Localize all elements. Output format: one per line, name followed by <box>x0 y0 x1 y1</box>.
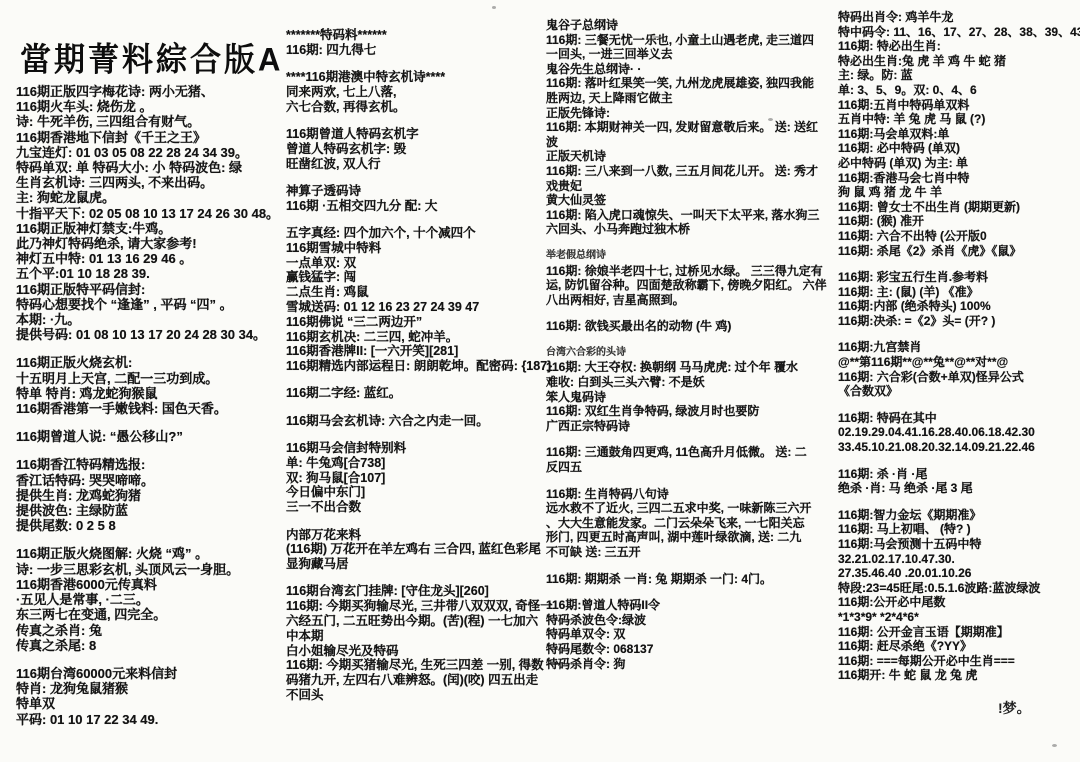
line-gap <box>16 533 278 546</box>
handwritten-mark: !梦。 <box>998 698 1031 718</box>
text-line: 116期: 期期杀 一肖: 兔 期期杀 一门: 4门。 <box>546 572 838 587</box>
text-line: 116期: 六合彩(合数+单双)怪异公式 <box>838 370 1076 385</box>
line-gap <box>546 586 838 598</box>
text-line: 116期: 双红生肖争特码, 绿波月时也要防 <box>546 404 838 419</box>
text-line: 东三两七在变通, 四完全。 <box>16 607 278 622</box>
text-line: 狗 鼠 鸡 猪 龙 牛 羊 <box>838 185 1076 200</box>
line-gap <box>286 114 542 127</box>
text-line: 胜两边, 天上降雨它做主 <box>546 91 838 106</box>
text-line: 特段:23=45旺尾:0.5.1.6波路:蓝波绿波 <box>838 581 1076 596</box>
text-line: 反四五 <box>546 460 838 475</box>
text-line: 116期: 徐娘半老四十七, 过桥见水绿。 三三得九定有 <box>546 264 838 279</box>
line-gap <box>546 475 838 487</box>
text-line: 六回头、小马奔跑过独木桥 <box>546 222 838 237</box>
text-line: 116期火车头: 烧伤龙 。 <box>16 99 278 114</box>
text-line: 笨人鬼码诗 <box>546 390 838 405</box>
text-line: 116期: 三通鼓角四更鸡, 11色高升月低微。 送: 二 <box>546 445 838 460</box>
text-line: 特码单双令: 双 <box>546 627 838 642</box>
text-line: 116期: 必中特码 (单双) <box>838 141 1076 156</box>
text-line: 116期:内部 (绝杀特头) 100% <box>838 299 1076 314</box>
scan-noise <box>652 36 662 38</box>
text-line: 鬼谷先生总纲诗· · <box>546 62 838 77</box>
line-gap <box>546 307 838 319</box>
line-gap <box>286 515 542 528</box>
text-line: 十五明月上天宫, 二配一三功到成。 <box>16 371 278 386</box>
text-line: 一回头, 一进三回举义去 <box>546 47 838 62</box>
text-line: 生肖玄机诗: 三四两头, 不来出码。 <box>16 175 278 190</box>
text-line: 116期玄机决: 二三四, 蛇冲羊。 <box>286 330 542 345</box>
column-3: 鬼谷子总纲诗116期: 三餐无忧一乐也, 小童上山遇老虎, 走三道四一回头, 一… <box>546 18 838 671</box>
text-line: 特码杀波色令:绿波 <box>546 613 838 628</box>
text-line: *1*3*9* *2*4*6* <box>838 610 1076 625</box>
text-line: 116期: 赶尽杀绝《?YY》 <box>838 639 1076 654</box>
text-line: 116期: 本期财神关一四, 发财留意敬后来。 送: 送红 <box>546 120 838 135</box>
text-line: 提供波色: 主绿防蓝 <box>16 503 278 518</box>
text-line: 116期正版火烧图解: 火烧 “鸡” 。 <box>16 546 278 561</box>
text-line: 中本期 <box>286 629 542 644</box>
text-line: 116期: 特必出生肖: <box>838 39 1076 54</box>
text-line: 116期正版特平码信封: <box>16 282 278 297</box>
text-line: 116期香港牌II: [一六开笑][281] <box>286 344 542 359</box>
text-line: 特码心想要找个 “逢逢” , 平码 “四” 。 <box>16 297 278 312</box>
text-line: 平码: 01 10 17 22 34 49. <box>16 712 278 727</box>
text-line: @**第116期**@**兔**@**对**@ <box>838 355 1076 370</box>
text-line: 六经五门, 二五旺势出今期。(苦)(程) 一七加六 <box>286 614 542 629</box>
text-line: 提供生肖: 龙鸡蛇狗猪 <box>16 488 278 503</box>
text-line: 一点单双: 双 <box>286 256 542 271</box>
line-gap <box>16 342 278 355</box>
text-line: 特码杀肖令: 狗 <box>546 657 838 672</box>
text-line: 116期开: 牛 蛇 鼠 龙 兔 虎 <box>838 668 1076 683</box>
text-line: 神灯五中特: 01 13 16 29 46 。 <box>16 251 278 266</box>
text-line: 116期香港6000元传真料 <box>16 577 278 592</box>
scan-noise <box>1052 744 1057 747</box>
text-line: (116期) 万花开在羊左鸡右 三合四, 蓝红色彩尾 <box>286 542 542 557</box>
text-line: 116期马会玄机诗: 六合之内走一回。 <box>286 414 542 429</box>
text-line: 内部万花来料 <box>286 528 542 543</box>
text-line: 白小姐输尽光及特码 <box>286 644 542 659</box>
text-line: 116期 ·五相交四九分 配: 大 <box>286 199 542 214</box>
text-line: 116期正版四字梅花诗: 两小无猪、 <box>16 84 278 99</box>
text-line: ****116期港澳中特玄机诗**** <box>286 70 542 85</box>
text-line: 116期: ===每期公开必中生肖=== <box>838 654 1076 669</box>
text-line: 116期: 今期买狗输尽光, 三井带八双双双, 奇怪一 <box>286 599 542 614</box>
text-line: 同来两欢, 七上八落, <box>286 85 542 100</box>
line-gap <box>546 433 838 445</box>
text-line: 不回头 <box>286 688 542 703</box>
text-line: 116期正版火烧玄机: <box>16 355 278 370</box>
scan-noise <box>492 6 496 9</box>
column-2: *******特码料******116期: 四九得七****116期港澳中特玄机… <box>286 28 542 703</box>
text-line: 提供尾数: 0 2 5 8 <box>16 518 278 533</box>
scan-noise <box>648 448 654 450</box>
text-line: 特码单双: 单 特码大小: 小 特码波色: 绿 <box>16 160 278 175</box>
line-gap <box>286 401 542 414</box>
text-line: 116期正版神灯禁支:牛鸡。 <box>16 221 278 236</box>
text-line: 116期: 三八来到一八数, 三五月间花儿开。 送: 秀才 <box>546 164 838 179</box>
text-line: 戏贵妃 <box>546 179 838 194</box>
text-line: 116期: 大王夺权: 换朝纲 马马虎虎: 过个年 覆水 <box>546 360 838 375</box>
text-line: 绝杀 ·肖: 马 绝杀 ·尾 3 尾 <box>838 481 1076 496</box>
text-line: 九宝连灯: 01 03 05 08 22 28 24 34 39。 <box>16 145 278 160</box>
text-line: 二点生肖: 鸡鼠 <box>286 285 542 300</box>
text-line: 波 <box>546 135 838 150</box>
text-line: 116期香江特码精选报: <box>16 457 278 472</box>
text-line: 116期:智力金坛《期期准》 <box>838 508 1076 523</box>
text-line: ·五见人是常事, ·二三。 <box>16 592 278 607</box>
text-line: 传真之杀尾: 8 <box>16 638 278 653</box>
text-line: 本期: ·九。 <box>16 312 278 327</box>
text-line: 特中码令: 11、16、17、27、28、38、39、43 <box>838 25 1076 40</box>
text-line: 今日偏中东门] <box>286 485 542 500</box>
text-line: 此乃神灯特码绝杀, 请大家参考! <box>16 236 278 251</box>
text-line: 码猪九开, 左四右八难辨怒。(闰)(咬) 四五出走 <box>286 673 542 688</box>
text-line: 特单双 <box>16 696 278 711</box>
text-line: 运, 防饥留谷种。四面楚敌称霸下, 傍晚夕阳红。 六伴 <box>546 278 838 293</box>
text-line: 116期曾道人说: “愚公移山?” <box>16 429 278 444</box>
line-gap <box>838 258 1076 270</box>
text-line: 正版天机诗 <box>546 149 838 164</box>
text-line: 116期:香港马会七肖中特 <box>838 171 1076 186</box>
line-gap <box>838 455 1076 467</box>
line-gap <box>286 171 542 184</box>
text-line: 特单 特肖: 鸡龙蛇狗猴鼠 <box>16 386 278 401</box>
text-line: 116期: 马上初唱、 (特? ) <box>838 522 1076 537</box>
text-line: 116期: 曾女士不出生肖 (期期更新) <box>838 200 1076 215</box>
text-line: 台湾六合彩的头诗 <box>546 346 838 361</box>
line-gap <box>16 416 278 429</box>
line-gap <box>838 399 1076 411</box>
scan-noise <box>700 38 706 40</box>
text-line: 116期: 三餐无忧一乐也, 小童上山遇老虎, 走三道四 <box>546 33 838 48</box>
line-gap <box>286 429 542 442</box>
text-line: 116期二字经: 蓝红。 <box>286 386 542 401</box>
text-line: 116期: 六合不出特 (公开版0 <box>838 229 1076 244</box>
text-line: 单: 牛兔鸡[合738] <box>286 456 542 471</box>
text-line: 116期: 落叶红果笑一笑, 九州龙虎展雄姿, 独四我能 <box>546 76 838 91</box>
text-line: 特肖: 龙狗兔鼠猪猴 <box>16 681 278 696</box>
scan-noise <box>768 118 773 121</box>
text-line: 116期马会信封特别料 <box>286 441 542 456</box>
text-line: 特码尾数令: 068137 <box>546 642 838 657</box>
text-line: 116期香港地下信封《千王之王》 <box>16 130 278 145</box>
text-line: 32.21.02.17.10.47.30. <box>838 552 1076 567</box>
text-line: 六七合数, 再得玄机。 <box>286 100 542 115</box>
text-line: 116期: 杀尾《2》杀肖《虎》《鼠》 <box>838 244 1076 259</box>
text-line: 《合数双》 <box>838 384 1076 399</box>
text-line: 116期:曾道人特码II令 <box>546 598 838 613</box>
text-line: 116期:决杀: =《2》头= (开? ) <box>838 314 1076 329</box>
text-line: 主: 绿。防: 蓝 <box>838 68 1076 83</box>
text-line: 116期: 今期买猪输尽光, 生死三四差 一别, 得数 一 <box>286 658 542 673</box>
text-line: 特码出肖令: 鸡羊牛龙 <box>838 10 1076 25</box>
text-line: 116期:九宫禁肖 <box>838 340 1076 355</box>
text-line: 116期台湾60000元来料信封 <box>16 666 278 681</box>
line-gap <box>286 58 542 71</box>
text-line: 116期: 陷入虎口魂惊失、一叫天下太平来, 落水狗三 <box>546 208 838 223</box>
line-gap <box>546 560 838 572</box>
text-line: 116期:公开必中尾数 <box>838 595 1076 610</box>
text-line: 赢钱猛字: 闯 <box>286 270 542 285</box>
line-gap <box>838 328 1076 340</box>
text-line: *******特码料****** <box>286 28 542 43</box>
text-line: 27.35.46.40 .20.01.10.26 <box>838 566 1076 581</box>
text-line: 116期: 公开金言玉语【期期准】 <box>838 625 1076 640</box>
line-gap <box>546 237 838 249</box>
text-line: 五个平:01 10 18 28 39. <box>16 266 278 281</box>
text-line: 五肖中特: 羊 兔 虎 马 鼠 (?) <box>838 112 1076 127</box>
text-line: 116期:五肖中特码单双料 <box>838 98 1076 113</box>
text-line: 诗: 一步三思彩玄机, 头顶风云一身胆。 <box>16 562 278 577</box>
text-line: 116期台湾玄门挂牌: [守住龙头][260] <box>286 584 542 599</box>
line-gap <box>16 444 278 457</box>
text-line: 双: 狗马鼠[合107] <box>286 471 542 486</box>
column-1: 116期正版四字梅花诗: 两小无猪、116期火车头: 烧伤龙 。诗: 牛死羊伤,… <box>16 84 278 727</box>
text-line: 十指平天下: 02 05 08 10 13 17 24 26 30 48。 <box>16 206 278 221</box>
line-gap <box>546 334 838 346</box>
text-line: 三一不出合数 <box>286 500 542 515</box>
text-line: 必中特码 (单双) 为主: 单 <box>838 156 1076 171</box>
text-line: 难收: 白到头三头六臂: 不是妖 <box>546 375 838 390</box>
line-gap <box>286 572 542 585</box>
text-line: 提供号码: 01 08 10 13 17 20 24 28 30 34。 <box>16 327 278 342</box>
text-line: 神算子透码诗 <box>286 184 542 199</box>
text-line: 116期: 四九得七 <box>286 43 542 58</box>
tip-sheet-page: 當期菁料綜合版A 116期正版四字梅花诗: 两小无猪、116期火车头: 烧伤龙 … <box>0 0 1080 762</box>
text-line: 主: 狗蛇龙鼠虎。 <box>16 190 278 205</box>
text-line: 116期佛说 “三二两边开” <box>286 315 542 330</box>
text-line: 116期: 特码在其中 <box>838 411 1076 426</box>
text-line: 显狗藏马居 <box>286 557 542 572</box>
text-line: 02.19.29.04.41.16.28.40.06.18.42.30 <box>838 425 1076 440</box>
page-title: 當期菁料綜合版A <box>20 33 283 80</box>
text-line: 香江话特码: 哭哭啼啼。 <box>16 473 278 488</box>
text-line: 33.45.10.21.08.20.32.14.09.21.22.46 <box>838 440 1076 455</box>
text-line: 116期:马会预测十五码中特 <box>838 537 1076 552</box>
text-line: 八出两相好, 吉星高照到。 <box>546 293 838 308</box>
text-line: 116期: (猴) 准开 <box>838 214 1076 229</box>
text-line: 、大大生意能发家。二门云朵朵飞来, 一七阳关忘 <box>546 516 838 531</box>
text-line: 116期: 主: (鼠) (羊) 《准》 <box>838 285 1076 300</box>
text-line: 远水救不了近火, 三四二五求中奖, 一味新陈三六开 <box>546 501 838 516</box>
text-line: 116期:马会单双料:单 <box>838 127 1076 142</box>
text-line: 116期: 彩宝五行生肖.参考料 <box>838 270 1076 285</box>
text-line: 正版先锋诗: <box>546 106 838 121</box>
text-line: 116期: 杀 ·肖 ·尾 <box>838 467 1076 482</box>
text-line: 116期: 欲钱买最出名的动物 (牛 鸡) <box>546 319 838 334</box>
text-line: 116期精选内部运程日: 朗朗乾坤。配密码: {187} <box>286 359 542 374</box>
text-line: 曾道人特码玄机字: 毁 <box>286 142 542 157</box>
text-line: 单: 3、5、9。双: 0、4、6 <box>838 83 1076 98</box>
text-line: 特必出生肖:兔 虎 羊 鸡 牛 蛇 猪 <box>838 54 1076 69</box>
column-4: 特码出肖令: 鸡羊牛龙特中码令: 11、16、17、27、28、38、39、43… <box>838 10 1076 683</box>
text-line: 形门, 四更五时高声叫, 湖中莲叶绿欲滴, 送: 二九 <box>546 530 838 545</box>
line-gap <box>16 653 278 666</box>
text-line: 旺凿红波, 双人行 <box>286 157 542 172</box>
text-line: 五字真经: 四个加六个, 十个减四个 <box>286 226 542 241</box>
text-line: 116期曾道人特码玄机字 <box>286 127 542 142</box>
line-gap <box>286 213 542 226</box>
line-gap <box>838 496 1076 508</box>
text-line: 雪城送码: 01 12 16 23 27 24 39 47 <box>286 300 542 315</box>
text-line: 广西正宗特码诗 <box>546 419 838 434</box>
text-line: 诗: 牛死羊伤, 三四组合有财气。 <box>16 114 278 129</box>
text-line: 传真之杀肖: 兔 <box>16 623 278 638</box>
line-gap <box>286 374 542 387</box>
text-line: 举老假总纲诗 <box>546 249 838 264</box>
text-line: 116期香港第一手嫩钱料: 国色天香。 <box>16 401 278 416</box>
text-line: 鬼谷子总纲诗 <box>546 18 838 33</box>
text-line: 黄大仙灵签 <box>546 193 838 208</box>
text-line: 不可缺 送: 三五开 <box>546 545 838 560</box>
text-line: 116期: 生肖特码八句诗 <box>546 487 838 502</box>
text-line: 116期雪城中特料 <box>286 241 542 256</box>
